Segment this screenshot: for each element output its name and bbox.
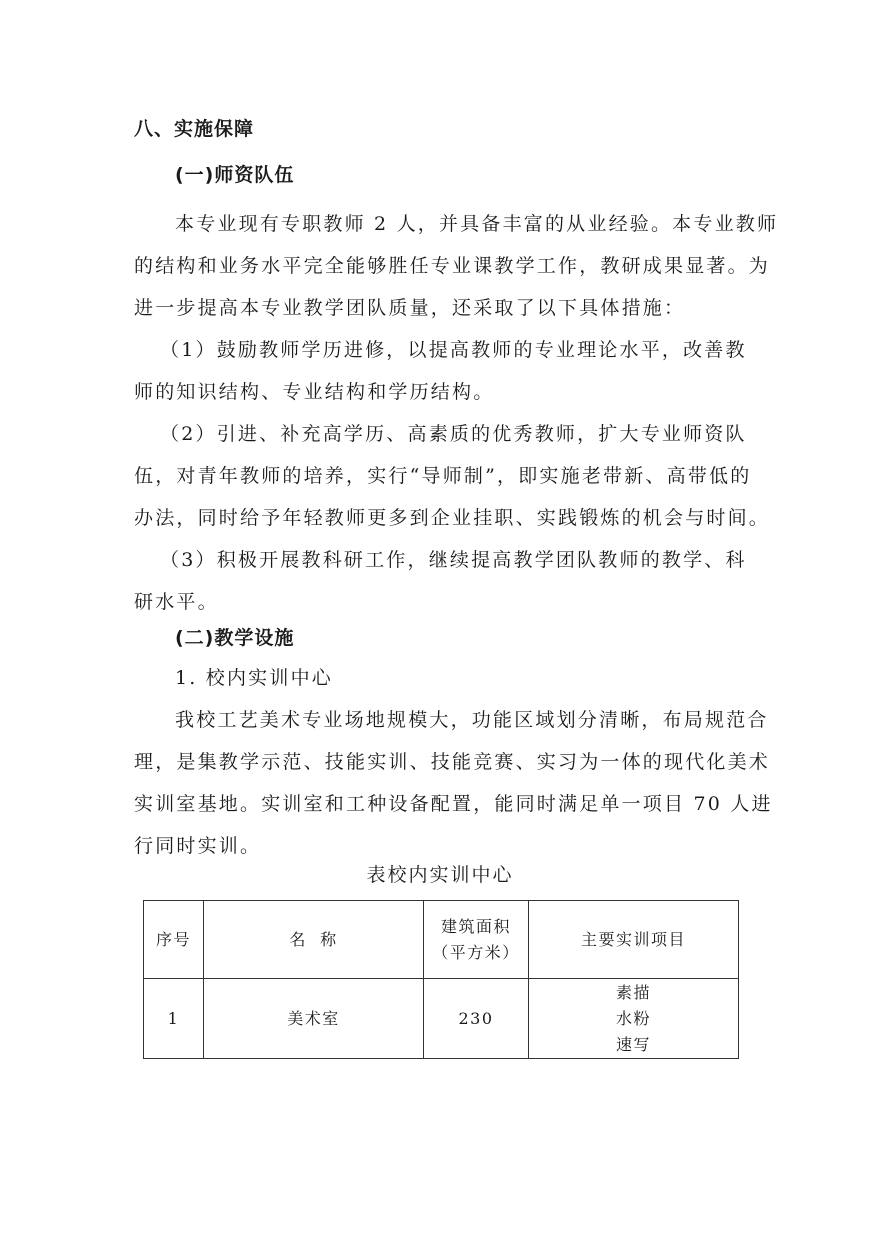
header-area-line2: （平方米） (424, 940, 528, 966)
header-name: 名 称 (204, 901, 424, 979)
header-no: 序号 (144, 901, 204, 979)
cell-area: 230 (424, 979, 529, 1059)
paragraph-line: 本专业现有专职教师 2 人，并具备丰富的从业经验。本专业教师 (175, 212, 743, 236)
header-area: 建筑面积 （平方米） (424, 901, 529, 979)
paragraph-line: 理，是集教学示范、技能实训、技能竞赛、实习为一体的现代化美术 (134, 750, 744, 774)
table-header-row: 序号 名 称 建筑面积 （平方米） 主要实训项目 (144, 901, 739, 979)
table-caption: 表校内实训中心 (0, 863, 880, 887)
subsection-heading-facilities: (二)教学设施 (175, 626, 743, 650)
list-item-3-line: 研水平。 (134, 590, 744, 614)
list-item-1-line: 师的知识结构、专业结构和学历结构。 (134, 380, 744, 404)
table-row: 1 美术室 230 素描 水粉 速写 (144, 979, 739, 1059)
cell-projects: 素描 水粉 速写 (529, 979, 739, 1059)
subsection-heading-faculty: (一)师资队伍 (175, 163, 743, 187)
paragraph-line: 实训室基地。实训室和工种设备配置，能同时满足单一项目 70 人进 (134, 792, 744, 816)
sub-subsection-heading: 1. 校内实训中心 (175, 666, 743, 690)
list-item-2-line: （2）引进、补充高学历、高素质的优秀教师，扩大专业师资队 (160, 422, 770, 446)
list-item-2-line: 伍，对青年教师的培养，实行“导师制”，即实施老带新、高带低的 (134, 464, 744, 488)
paragraph-line: 我校工艺美术专业场地规模大，功能区域划分清晰，布局规范合 (175, 708, 743, 732)
section-heading: 八、实施保障 (134, 117, 744, 141)
list-item-1-line: （1）鼓励教师学历进修，以提高教师的专业理论水平，改善教 (160, 338, 770, 362)
header-area-line1: 建筑面积 (424, 914, 528, 940)
paragraph-line: 进一步提高本专业教学团队质量，还采取了以下具体措施： (134, 296, 744, 320)
header-projects: 主要实训项目 (529, 901, 739, 979)
paragraph-line: 的结构和业务水平完全能够胜任专业课教学工作，教研成果显著。为 (134, 254, 744, 278)
cell-no: 1 (144, 979, 204, 1059)
project-item: 素描 (529, 980, 738, 1006)
list-item-2-line: 办法，同时给予年轻教师更多到企业挂职、实践锻炼的机会与时间。 (134, 506, 744, 530)
project-item: 速写 (529, 1032, 738, 1058)
list-item-3-line: （3）积极开展教科研工作，继续提高教学团队教师的教学、科 (160, 548, 770, 572)
project-item: 水粉 (529, 1006, 738, 1032)
facilities-table: 序号 名 称 建筑面积 （平方米） 主要实训项目 1 美术室 230 素描 水粉… (143, 900, 739, 1059)
cell-name: 美术室 (204, 979, 424, 1059)
paragraph-line: 行同时实训。 (134, 834, 744, 858)
